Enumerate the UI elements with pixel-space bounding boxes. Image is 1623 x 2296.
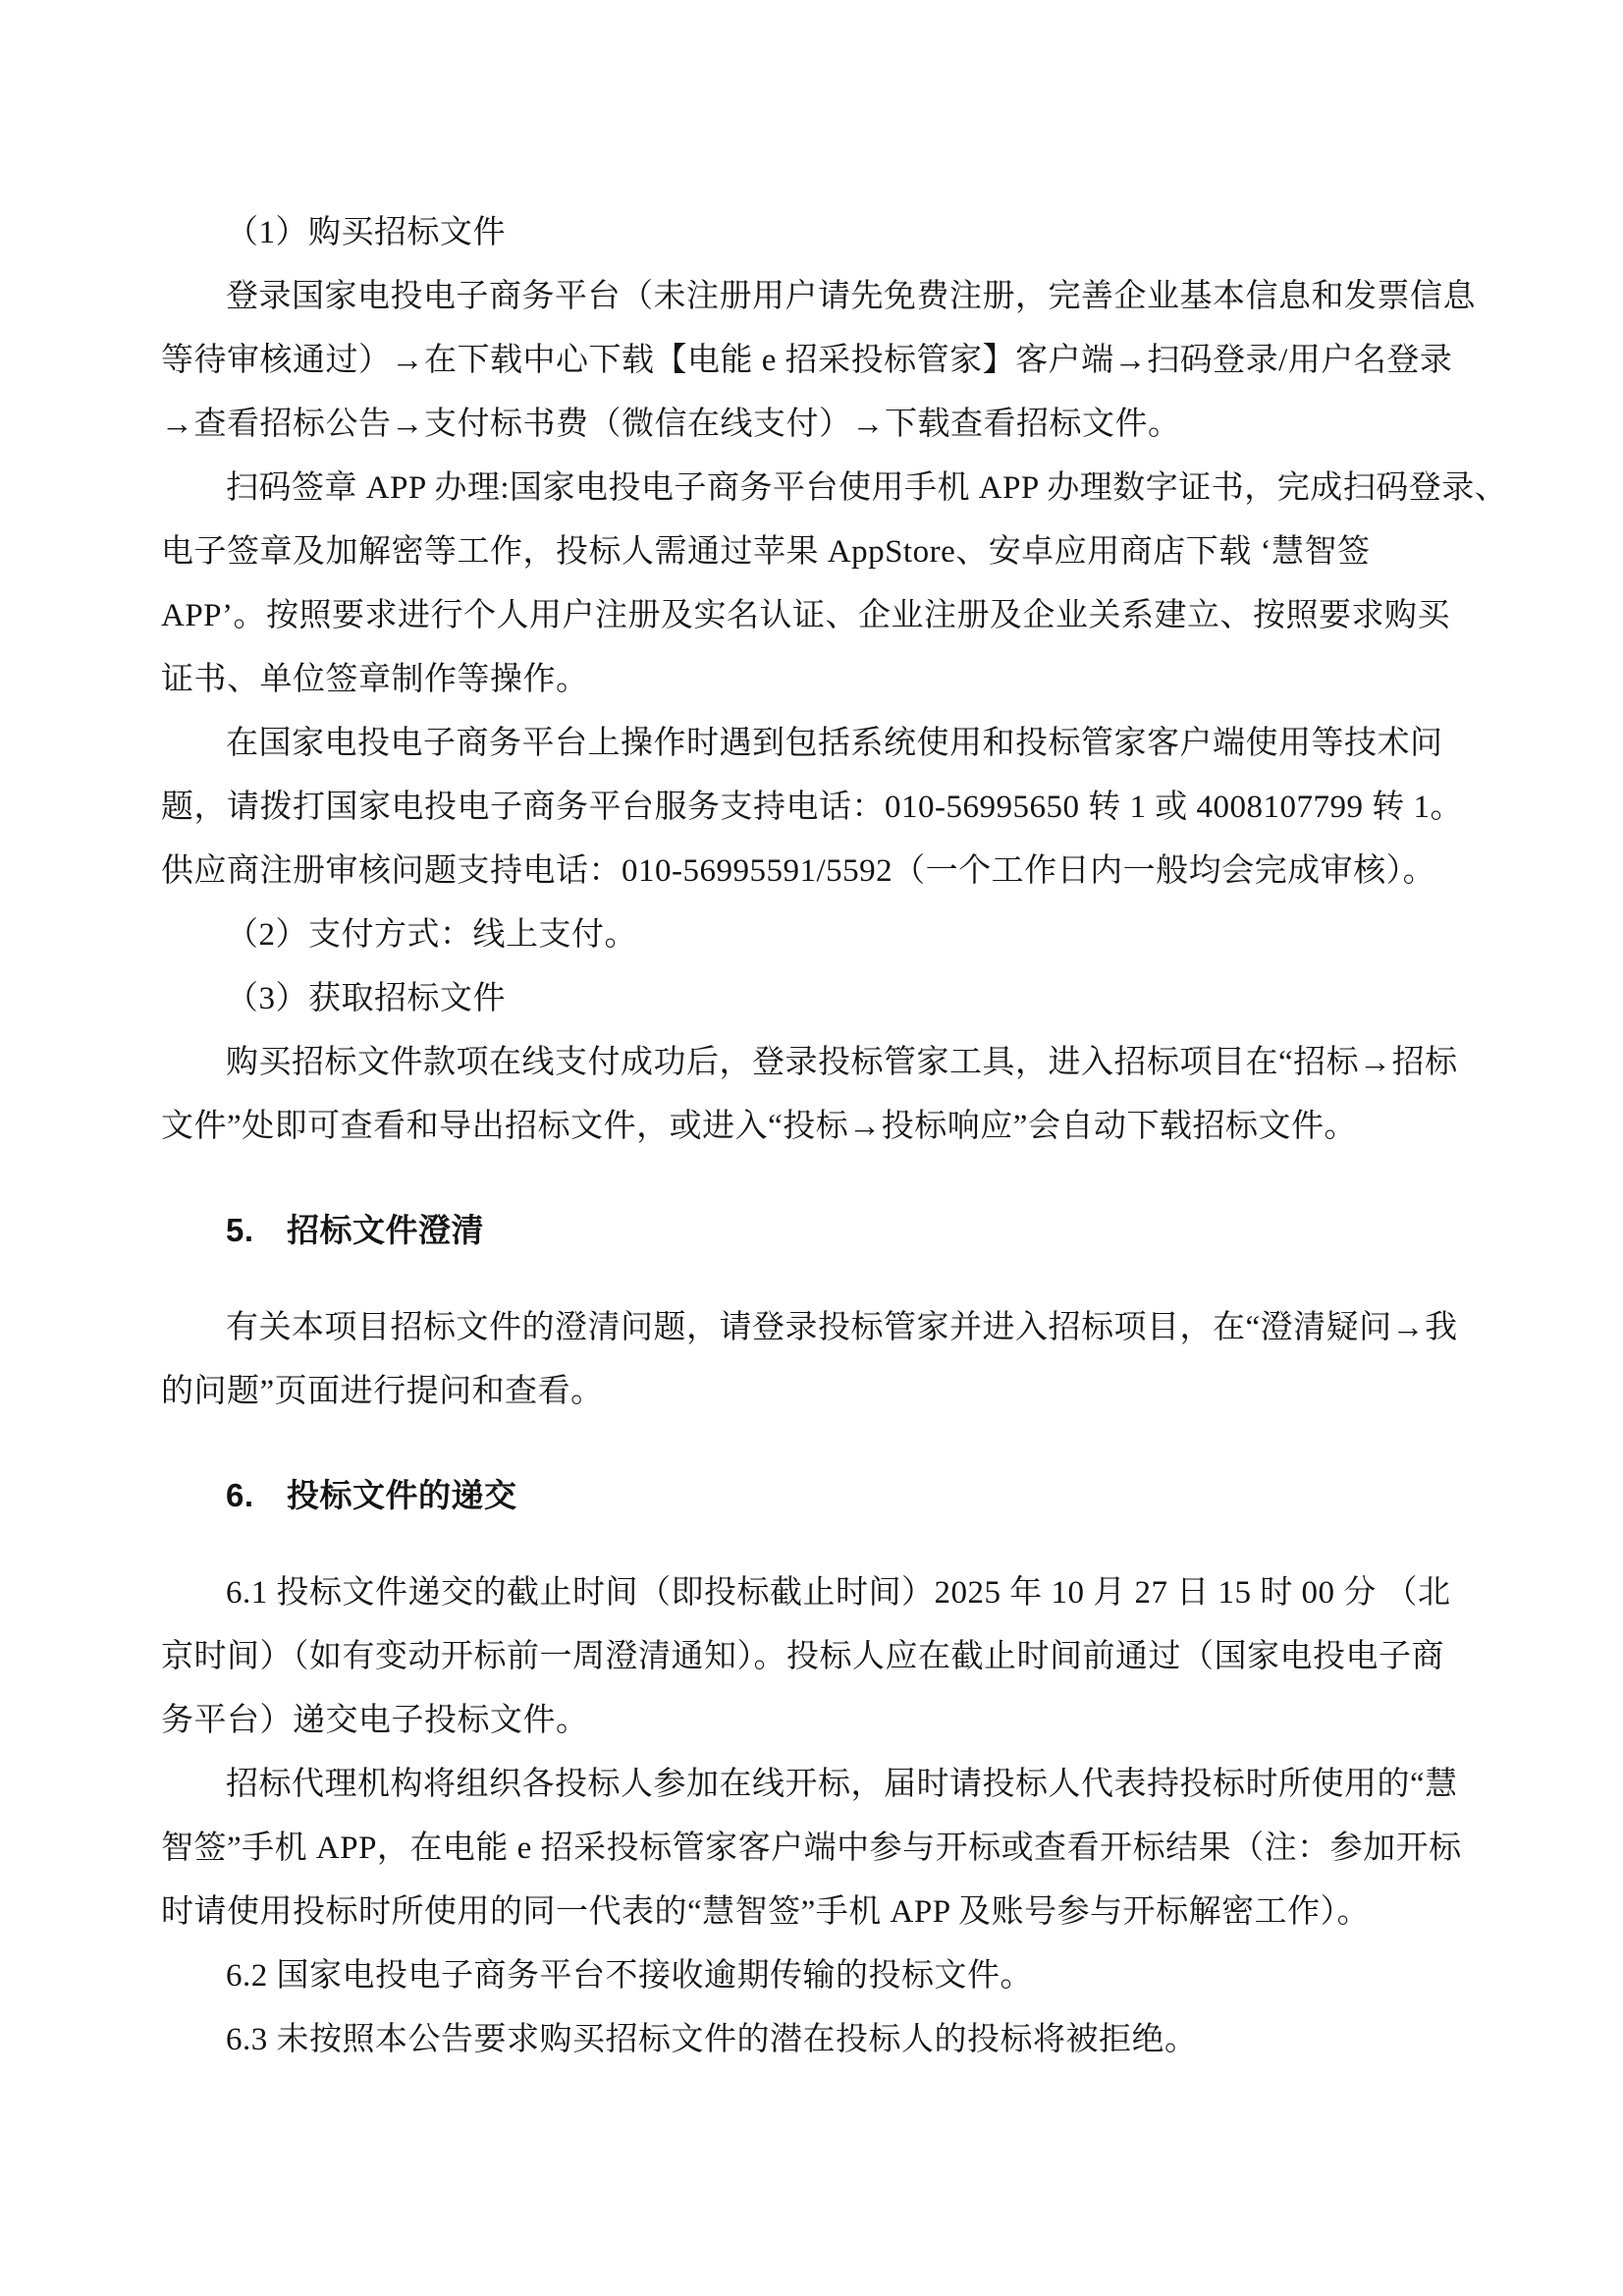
- text-line: 6.1 投标文件递交的截止时间（即投标截止时间）2025 年 10 月 27 日…: [161, 1561, 1467, 1625]
- text-line: 务平台）递交电子投标文件。: [161, 1689, 1467, 1753]
- heading-title: 招标文件澄清: [287, 1212, 484, 1248]
- text-line: 扫码签章 APP 办理:国家电投电子商务平台使用手机 APP 办理数字证书，完成…: [161, 457, 1467, 520]
- text-line: 智签”手机 APP，在电能 e 招采投标管家客户端中参与开标或查看开标结果（注：…: [161, 1817, 1467, 1881]
- heading-title: 投标文件的递交: [287, 1477, 517, 1513]
- text-line: （3）获取招标文件: [161, 967, 1467, 1031]
- text-line: 京时间）（如有变动开标前一周澄清通知）。投标人应在截止时间前通过（国家电投电子商: [161, 1625, 1467, 1689]
- text-line: 时请使用投标时所使用的同一代表的“慧智签”手机 APP 及账号参与开标解密工作）…: [161, 1881, 1467, 1944]
- text-line: 有关本项目招标文件的澄清问题，请登录投标管家并进入招标项目，在“澄清疑问→我: [161, 1296, 1467, 1360]
- text-line: 证书、单位签章制作等操作。: [161, 648, 1467, 712]
- text-line: 购买招标文件款项在线支付成功后，登录投标管家工具，进入招标项目在“招标→招标: [161, 1031, 1467, 1095]
- text-line: 供应商注册审核问题支持电话：010-56995591/5592（一个工作日内一般…: [161, 840, 1467, 903]
- text-line: 文件”处即可查看和导出招标文件，或进入“投标→投标响应”会自动下载招标文件。: [161, 1095, 1467, 1159]
- text-line: 等待审核通过）→在下载中心下载【电能 e 招采投标管家】客户端→扫码登录/用户名…: [161, 329, 1467, 393]
- text-line: APP’。按照要求进行个人用户注册及实名认证、企业注册及企业关系建立、按照要求购…: [161, 584, 1467, 648]
- text-line: （1）购买招标文件: [161, 201, 1467, 265]
- text-line: 登录国家电投电子商务平台（未注册用户请先免费注册，完善企业基本信息和发票信息: [161, 265, 1467, 329]
- text-line: →查看招标公告→支付标书费（微信在线支付）→下载查看招标文件。: [161, 393, 1467, 457]
- text-line: 题，请拨打国家电投电子商务平台服务支持电话：010-56995650 转 1 或…: [161, 776, 1467, 840]
- heading-number: 6.: [226, 1463, 287, 1527]
- text-line: 6.2 国家电投电子商务平台不接收逾期传输的投标文件。: [161, 1944, 1467, 2008]
- text-line: 招标代理机构将组织各投标人参加在线开标，届时请投标人代表持投标时所使用的“慧: [161, 1753, 1467, 1817]
- section-heading: 6.投标文件的递交: [161, 1463, 1467, 1527]
- text-line: 6.3 未按照本公告要求购买招标文件的潜在投标人的投标将被拒绝。: [161, 2008, 1467, 2072]
- text-line: （2）支付方式：线上支付。: [161, 903, 1467, 967]
- text-line: 电子签章及加解密等工作，投标人需通过苹果 AppStore、安卓应用商店下载 ‘…: [161, 520, 1467, 584]
- text-line: 的问题”页面进行提问和查看。: [161, 1360, 1467, 1424]
- document-page: （1）购买招标文件登录国家电投电子商务平台（未注册用户请先免费注册，完善企业基本…: [0, 0, 1623, 2296]
- document-content: （1）购买招标文件登录国家电投电子商务平台（未注册用户请先免费注册，完善企业基本…: [161, 201, 1467, 2072]
- section-heading: 5.招标文件澄清: [161, 1198, 1467, 1262]
- text-line: 在国家电投电子商务平台上操作时遇到包括系统使用和投标管家客户端使用等技术问: [161, 712, 1467, 776]
- heading-number: 5.: [226, 1198, 287, 1262]
